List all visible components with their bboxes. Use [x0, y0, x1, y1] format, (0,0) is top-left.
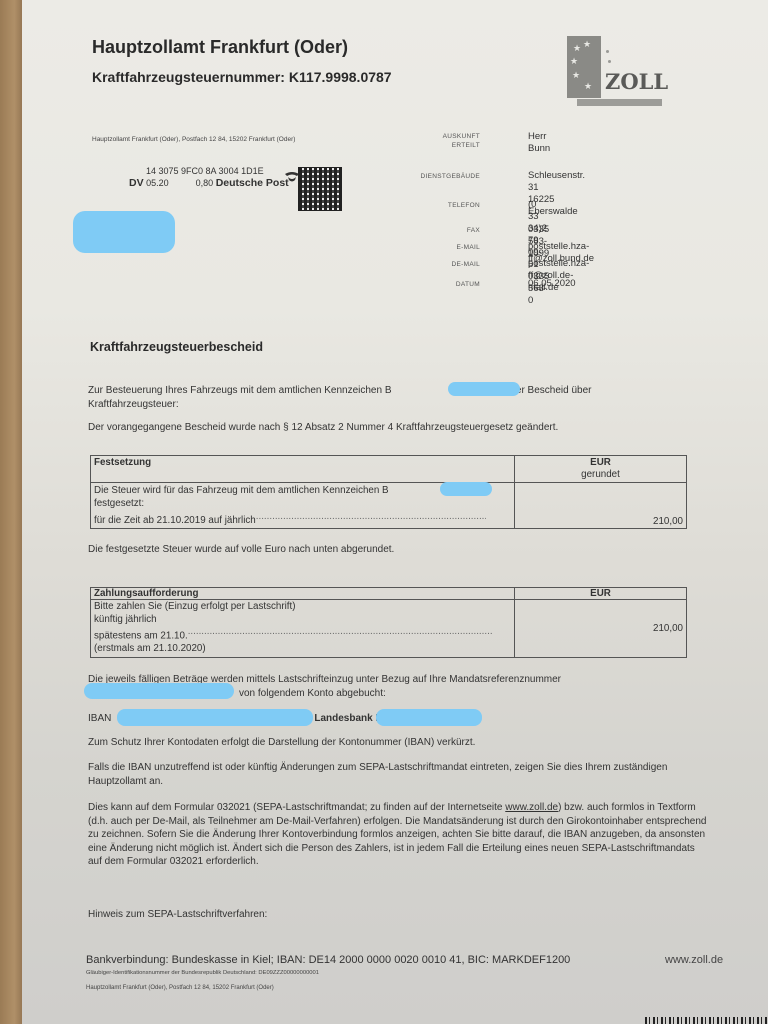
document-title: Kraftfahrzeugsteuerbescheid [90, 340, 263, 354]
payment-line-4: (erstmals am 21.10.2020) [94, 643, 206, 654]
payment-amount-cell: 210,00 [515, 600, 687, 658]
payment-table: Zahlungsaufforderung EUR Bitte zahlen Si… [90, 587, 687, 658]
tax-number-label: Kraftfahrzeugsteuernummer: [92, 69, 285, 85]
dv-date: 05.20 [146, 178, 169, 188]
assessment-table: Festsetzung EUR gerundet Die Steuer wird… [90, 455, 687, 529]
iban-redaction [117, 709, 313, 726]
contact-label-phone: TELEFON [400, 202, 480, 209]
payment-body-cell: Bitte zahlen Sie (Einzug erfolgt per Las… [91, 600, 515, 658]
intro-paragraph: Zur Besteuerung Ihres Fahrzeugs mit dem … [88, 384, 688, 411]
payment-line-3: spätestens am 21.10. [94, 631, 188, 642]
license-plate-redaction-2 [440, 482, 492, 496]
form-note-text-1: Dies kann auf dem Formular 032021 (SEPA-… [88, 802, 505, 813]
footer-creditor-id: Gläubiger-Identifikationsnummer der Bund… [86, 970, 319, 976]
payment-amount: 210,00 [653, 623, 683, 634]
logo-bar [577, 99, 662, 106]
footer-website[interactable]: www.zoll.de [665, 954, 723, 966]
assessment-line-2: festgesetzt: [94, 498, 144, 509]
sepa-hint: Hinweis zum SEPA-Lastschriftverfahren: [88, 908, 267, 922]
contact-value-date: 06.05.2020 [528, 278, 576, 290]
logo-text: ZOLL [605, 69, 668, 94]
zoll-logo: ★ ★ ★ ★ ★ ZOLL [565, 36, 665, 108]
eu-flag-icon: ★ ★ ★ ★ ★ [567, 36, 601, 98]
recipient-address-redaction [73, 211, 175, 253]
payment-line-2: künftig jährlich [94, 614, 157, 625]
payment-currency-cell: EUR [515, 588, 687, 600]
sender-return-address: Hauptzollamt Frankfurt (Oder), Postfach … [92, 136, 295, 143]
contact-label-demail: DE-MAIL [400, 261, 480, 268]
payment-currency: EUR [590, 588, 611, 599]
mandate-reference-redaction [84, 683, 234, 699]
assessment-currency-cell: EUR gerundet [515, 456, 687, 483]
table-surface [0, 0, 24, 1024]
footer-bank-details: Bankverbindung: Bundeskasse in Kiel; IBA… [86, 954, 570, 966]
payment-header-cell: Zahlungsaufforderung [91, 588, 515, 600]
dv-label: DV [129, 177, 144, 189]
postage-amount: 0,80 [196, 178, 214, 188]
zoll-website-link[interactable]: www.zoll.de [505, 802, 558, 813]
bic-redaction [376, 709, 482, 726]
assessment-line-3: für die Zeit ab 21.10.2019 auf jährlich [94, 515, 256, 526]
postage-carrier: Deutsche Post [216, 177, 289, 189]
assessment-amount-cell: 210,00 [515, 483, 687, 529]
license-plate-redaction [448, 382, 520, 396]
previous-notice: Der vorangegangene Bescheid wurde nach §… [88, 421, 558, 435]
payment-header: Zahlungsaufforderung [94, 588, 199, 599]
assessment-header-cell: Festsetzung [91, 456, 515, 483]
assessment-line-1: Die Steuer wird für das Fahrzeug mit dem… [94, 485, 389, 496]
change-note: Falls die IBAN unzutreffend ist oder kün… [88, 761, 708, 788]
office-heading: Hauptzollamt Frankfurt (Oder) [92, 37, 348, 58]
contact-label-building: DIENSTGEBÄUDE [400, 173, 480, 180]
contact-label-fax: FAX [400, 227, 480, 234]
contact-label-auskunft: AUSKUNFTERTEILT [400, 132, 480, 150]
iban-label: IBAN [88, 713, 111, 724]
postage-code: 14 3075 9FC0 8A 3004 1D1E [146, 166, 264, 176]
contact-label-email: E-MAIL [400, 244, 480, 251]
contact-label-date: DATUM [400, 281, 480, 288]
rounding-note: Die festgesetzte Steuer wurde auf volle … [88, 543, 394, 557]
tax-number-line: Kraftfahrzeugsteuernummer: K117.9998.078… [92, 69, 392, 85]
payment-line-1: Bitte zahlen Sie (Einzug erfolgt per Las… [94, 601, 295, 612]
tax-number-value: K117.9998.0787 [289, 69, 392, 85]
form-note: Dies kann auf dem Formular 032021 (SEPA-… [88, 801, 710, 869]
assessment-amount: 210,00 [653, 516, 683, 527]
intro-text-1: Zur Besteuerung Ihres Fahrzeugs mit dem … [88, 385, 392, 396]
assessment-currency-note: gerundet [581, 469, 620, 480]
datamatrix-code [298, 167, 342, 211]
page-barcode [645, 1017, 768, 1024]
assessment-header: Festsetzung [94, 457, 151, 468]
footer-address: Hauptzollamt Frankfurt (Oder), Postfach … [86, 985, 274, 991]
privacy-note: Zum Schutz Ihrer Kontodaten erfolgt die … [88, 736, 475, 750]
assessment-currency: EUR [590, 457, 611, 468]
debit-text-2: von folgendem Konto abgebucht: [239, 688, 386, 699]
intro-text-3: Kraftfahrzeugsteuer: [88, 399, 179, 410]
contact-value-auskunft: Herr Bunn [528, 131, 550, 155]
postage-line: DV 05.20 0,80 Deutsche Post [129, 177, 289, 189]
